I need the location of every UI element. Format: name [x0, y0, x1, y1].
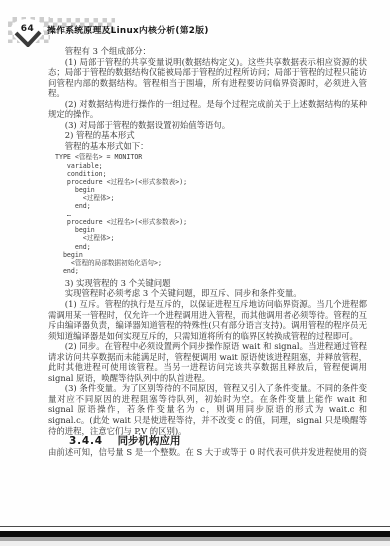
monitor-code-block: TYPE <管程名> = MONITOR variable; condition… — [55, 153, 367, 274]
closing-paragraph: 由前述可知，信号量 S 是一个整数。在 S 大于或等于 0 时代表可供并发进程使… — [48, 447, 367, 458]
paragraph: (3) 条件变量。为了区别等待的不同原因，管程又引入了条件变量。不同的条件变量对… — [48, 383, 367, 436]
code-line: <过程体>; — [55, 234, 367, 242]
paragraph: 2) 管程的基本形式 — [48, 130, 367, 141]
footer-rule — [0, 526, 390, 527]
paragraph: 管程的基本形式如下： — [48, 141, 367, 152]
page: 64 操作系统原理及Linux内核分析(第2版) 管程有 3 个组成部分： (1… — [0, 0, 390, 546]
code-line: procedure <过程名>(<形式参数表>); — [55, 178, 367, 186]
footer-light-strip — [0, 541, 390, 546]
code-line: <过程体>; — [55, 194, 367, 202]
paragraph: (2) 对数据结构进行操作的一组过程。是每个过程完成前关于上述数据结构的某种规定… — [48, 99, 367, 120]
body-text: 管程有 3 个组成部分： (1) 局部于管程的共享变量说明(数据结构定义)。这些… — [48, 46, 367, 457]
code-line: … — [55, 210, 367, 218]
chevron-down-icon — [14, 30, 42, 51]
code-line: procedure <过程名>(<形式参数表>); — [55, 218, 367, 226]
code-line: variable; — [55, 162, 367, 170]
paragraph: 实现管程时必须考虑 3 个关键问题，即互斥、同步和条件变量。 — [48, 288, 367, 299]
paragraph: 管程有 3 个组成部分： — [48, 46, 367, 57]
section-number: 3.4.4 — [69, 435, 103, 447]
code-line: end; — [55, 243, 367, 251]
code-line: <管程的局部数据初始化语句>; — [55, 259, 367, 267]
paragraph: (1) 局部于管程的共享变量说明(数据结构定义)。这些共享数据表示相应资源的状态… — [48, 57, 367, 99]
code-line: begin — [55, 186, 367, 194]
paragraph: 3) 实现管程的 3 个关键问题 — [48, 278, 367, 289]
code-line: condition; — [55, 170, 367, 178]
paragraph: (2) 同步。在管程中必须设置两个同步操作原语 wait 和 signal。当进… — [48, 341, 367, 383]
paragraph: (1) 互斥。管程的执行是互斥的，以保证进程互斥地访问临界资源。当几个进程都需调… — [48, 299, 367, 341]
code-line: end; — [55, 267, 367, 275]
section-title: 同步机构应用 — [118, 435, 181, 447]
paragraph: (3) 对局部于管程的数据设置初始值等语句。 — [48, 120, 367, 131]
code-line: end; — [55, 202, 367, 210]
book-title: 操作系统原理及Linux内核分析(第2版) — [47, 23, 209, 36]
code-line: TYPE <管程名> = MONITOR — [55, 153, 367, 161]
code-line: begin — [55, 251, 367, 259]
section-heading: 3.4.4 同步机构应用 — [48, 436, 367, 447]
